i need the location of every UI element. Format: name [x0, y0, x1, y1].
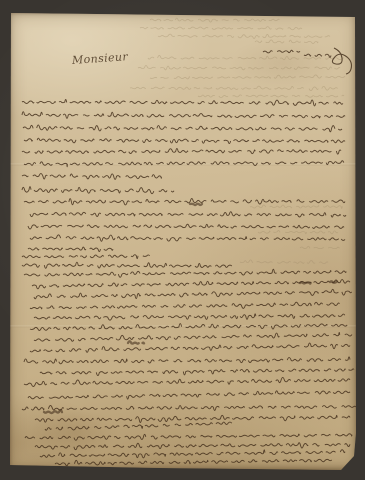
photo-backdrop: Monsieur [0, 0, 365, 480]
ink-blots [44, 204, 337, 413]
manuscript-page: Monsieur [10, 13, 357, 470]
signature-flourish [332, 48, 351, 74]
handwriting-layer [0, 0, 365, 480]
handwriting-strokes [22, 50, 356, 465]
